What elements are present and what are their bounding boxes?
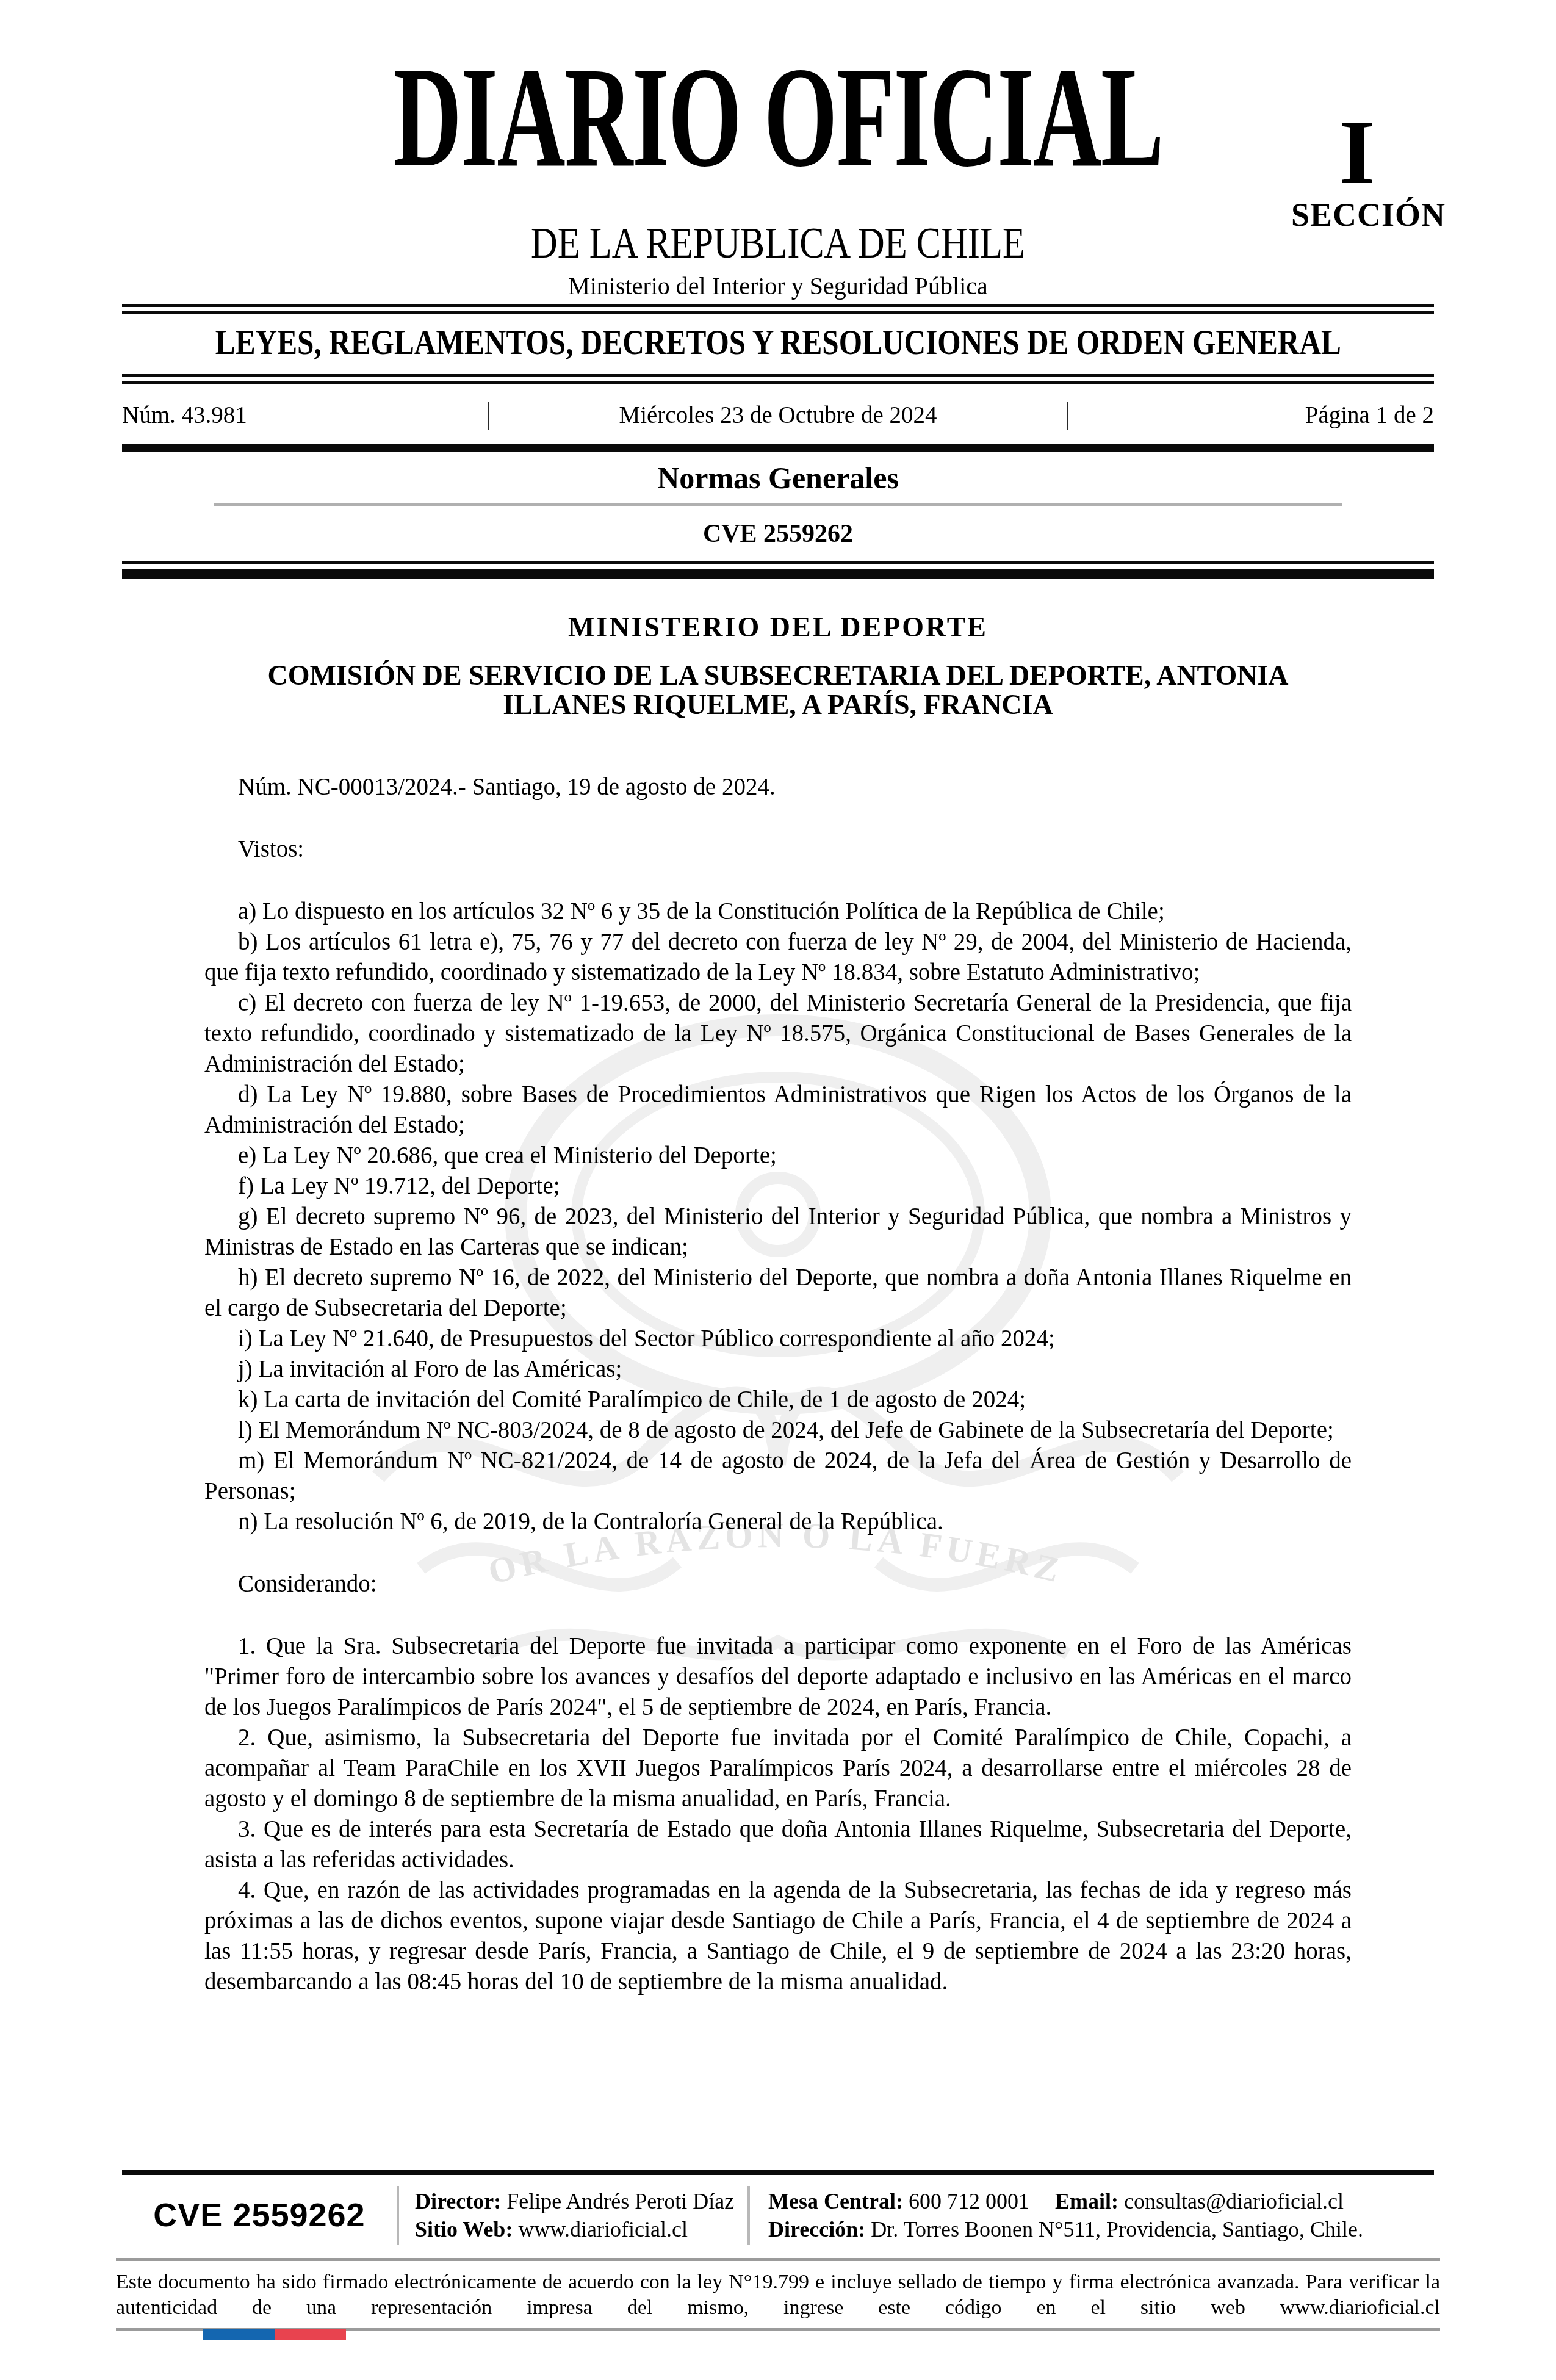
body-paragraph: 1. Que la Sra. Subsecretaria del Deporte…	[204, 1631, 1352, 1723]
page-footer: CVE 2559262 Director: Felipe Andrés Pero…	[0, 2170, 1556, 2331]
footer-info-box: CVE 2559262 Director: Felipe Andrés Pero…	[122, 2182, 1434, 2248]
body-paragraph: g) El decreto supremo Nº 96, de 2023, de…	[204, 1202, 1352, 1263]
document-page: POR LA RAZÓN O LA FUERZA DIARIO OFICIAL …	[0, 0, 1556, 2380]
masthead-subtitle: DE LA REPUBLICA DE CHILE	[531, 225, 1025, 261]
sitioweb-label: Sitio Web:	[415, 2217, 513, 2241]
body-paragraph: Núm. NC-00013/2024.- Santiago, 19 de ago…	[204, 772, 1352, 802]
divider-gray-rule-2	[116, 2258, 1440, 2261]
body-paragraph: n) La resolución Nº 6, de 2019, de la Co…	[204, 1507, 1352, 1537]
divider-thin-rule	[122, 561, 1434, 564]
body-paragraph: h) El decreto supremo Nº 16, de 2022, de…	[204, 1263, 1352, 1324]
direccion-label: Dirección:	[768, 2217, 865, 2241]
masthead-ministry: Ministerio del Interior y Seguridad Públ…	[0, 273, 1556, 299]
section-number: I	[1291, 116, 1423, 189]
flag-blue-bar	[203, 2329, 275, 2340]
masthead: DIARIO OFICIAL DE LA REPUBLICA DE CHILE …	[0, 0, 1556, 299]
body-paragraph: l) El Memorándum Nº NC-803/2024, de 8 de…	[204, 1415, 1352, 1446]
divider-double-rule-top	[122, 304, 1434, 314]
normas-heading: Normas Generales	[0, 462, 1556, 494]
direccion-value: Dr. Torres Boonen N°511, Providencia, Sa…	[871, 2217, 1363, 2241]
divider-thick-rule-2	[122, 569, 1434, 579]
body-paragraph: Vistos:	[204, 834, 1352, 865]
director-label: Director:	[415, 2189, 501, 2213]
section-block: I SECCIÓN	[1291, 116, 1423, 232]
body-paragraph: d) La Ley Nº 19.880, sobre Bases de Proc…	[204, 1080, 1352, 1141]
gazette-heading: LEYES, REGLAMENTOS, DECRETOS Y RESOLUCIO…	[215, 325, 1341, 360]
decree-body: Núm. NC-00013/2024.- Santiago, 19 de ago…	[204, 772, 1352, 1997]
divider-footer-top-rule	[122, 2170, 1434, 2175]
body-paragraph: i) La Ley Nº 21.640, de Presupuestos del…	[204, 1324, 1352, 1354]
divider-thick-rule-1	[122, 444, 1434, 452]
decree-section: MINISTERIO DEL DEPORTE COMISIÓN DE SERVI…	[0, 615, 1556, 1997]
mesacentral-label: Mesa Central:	[768, 2189, 903, 2213]
decree-title: COMISIÓN DE SERVICIO DE LA SUBSECRETARIA…	[198, 661, 1358, 719]
legal-text: Este documento ha sido firmado electróni…	[116, 2270, 1440, 2321]
divider-double-rule-mid	[122, 374, 1434, 384]
sitioweb-value: www.diarioficial.cl	[518, 2217, 688, 2241]
body-paragraph: c) El decreto con fuerza de ley Nº 1-19.…	[204, 988, 1352, 1080]
flag-red-bar	[275, 2329, 346, 2340]
section-label: SECCIÓN	[1291, 198, 1423, 232]
decree-title-line: ILLANES RIQUELME, A PARÍS, FRANCIA	[198, 690, 1358, 719]
body-paragraph: 3. Que es de interés para esta Secretarí…	[204, 1814, 1352, 1875]
masthead-title: DIARIO OFICIAL	[393, 58, 1162, 177]
footer-contact-column: Mesa Central: 600 712 0001Email: consult…	[750, 2182, 1434, 2248]
decree-title-line: COMISIÓN DE SERVICIO DE LA SUBSECRETARIA…	[198, 661, 1358, 690]
body-paragraph: a) Lo dispuesto en los artículos 32 Nº 6…	[204, 896, 1352, 927]
ministry-heading: MINISTERIO DEL DEPORTE	[0, 615, 1556, 640]
mesacentral-value: 600 712 0001	[909, 2189, 1029, 2213]
issue-date: Miércoles 23 de Octubre de 2024	[489, 401, 1067, 430]
body-paragraph: Considerando:	[204, 1569, 1352, 1599]
body-paragraph: j) La invitación al Foro de las Américas…	[204, 1354, 1352, 1385]
issue-info-bar: Núm. 43.981 Miércoles 23 de Octubre de 2…	[122, 401, 1434, 430]
body-paragraph: k) La carta de invitación del Comité Par…	[204, 1385, 1352, 1415]
cve-heading: CVE 2559262	[0, 521, 1556, 547]
footer-director-column: Director: Felipe Andrés Peroti Díaz Siti…	[399, 2182, 747, 2248]
director-value: Felipe Andrés Peroti Díaz	[506, 2189, 734, 2213]
body-paragraph: 2. Que, asimismo, la Subsecretaria del D…	[204, 1723, 1352, 1814]
body-paragraph: e) La Ley Nº 20.686, que crea el Ministe…	[204, 1141, 1352, 1171]
email-value: consultas@diarioficial.cl	[1124, 2189, 1344, 2213]
footer-cve: CVE 2559262	[122, 2182, 397, 2248]
divider-gray-rule-1	[214, 503, 1342, 506]
body-paragraph: 4. Que, en razón de las actividades prog…	[204, 1875, 1352, 1997]
email-label: Email:	[1055, 2189, 1118, 2213]
body-paragraph: b) Los artículos 61 letra e), 75, 76 y 7…	[204, 927, 1352, 988]
body-paragraph: f) La Ley Nº 19.712, del Deporte;	[204, 1171, 1352, 1202]
body-paragraph: m) El Memorándum Nº NC-821/2024, de 14 d…	[204, 1446, 1352, 1507]
issue-number: Núm. 43.981	[122, 401, 488, 430]
divider-gray-rule-3	[116, 2328, 1440, 2331]
issue-page: Página 1 de 2	[1068, 401, 1434, 430]
